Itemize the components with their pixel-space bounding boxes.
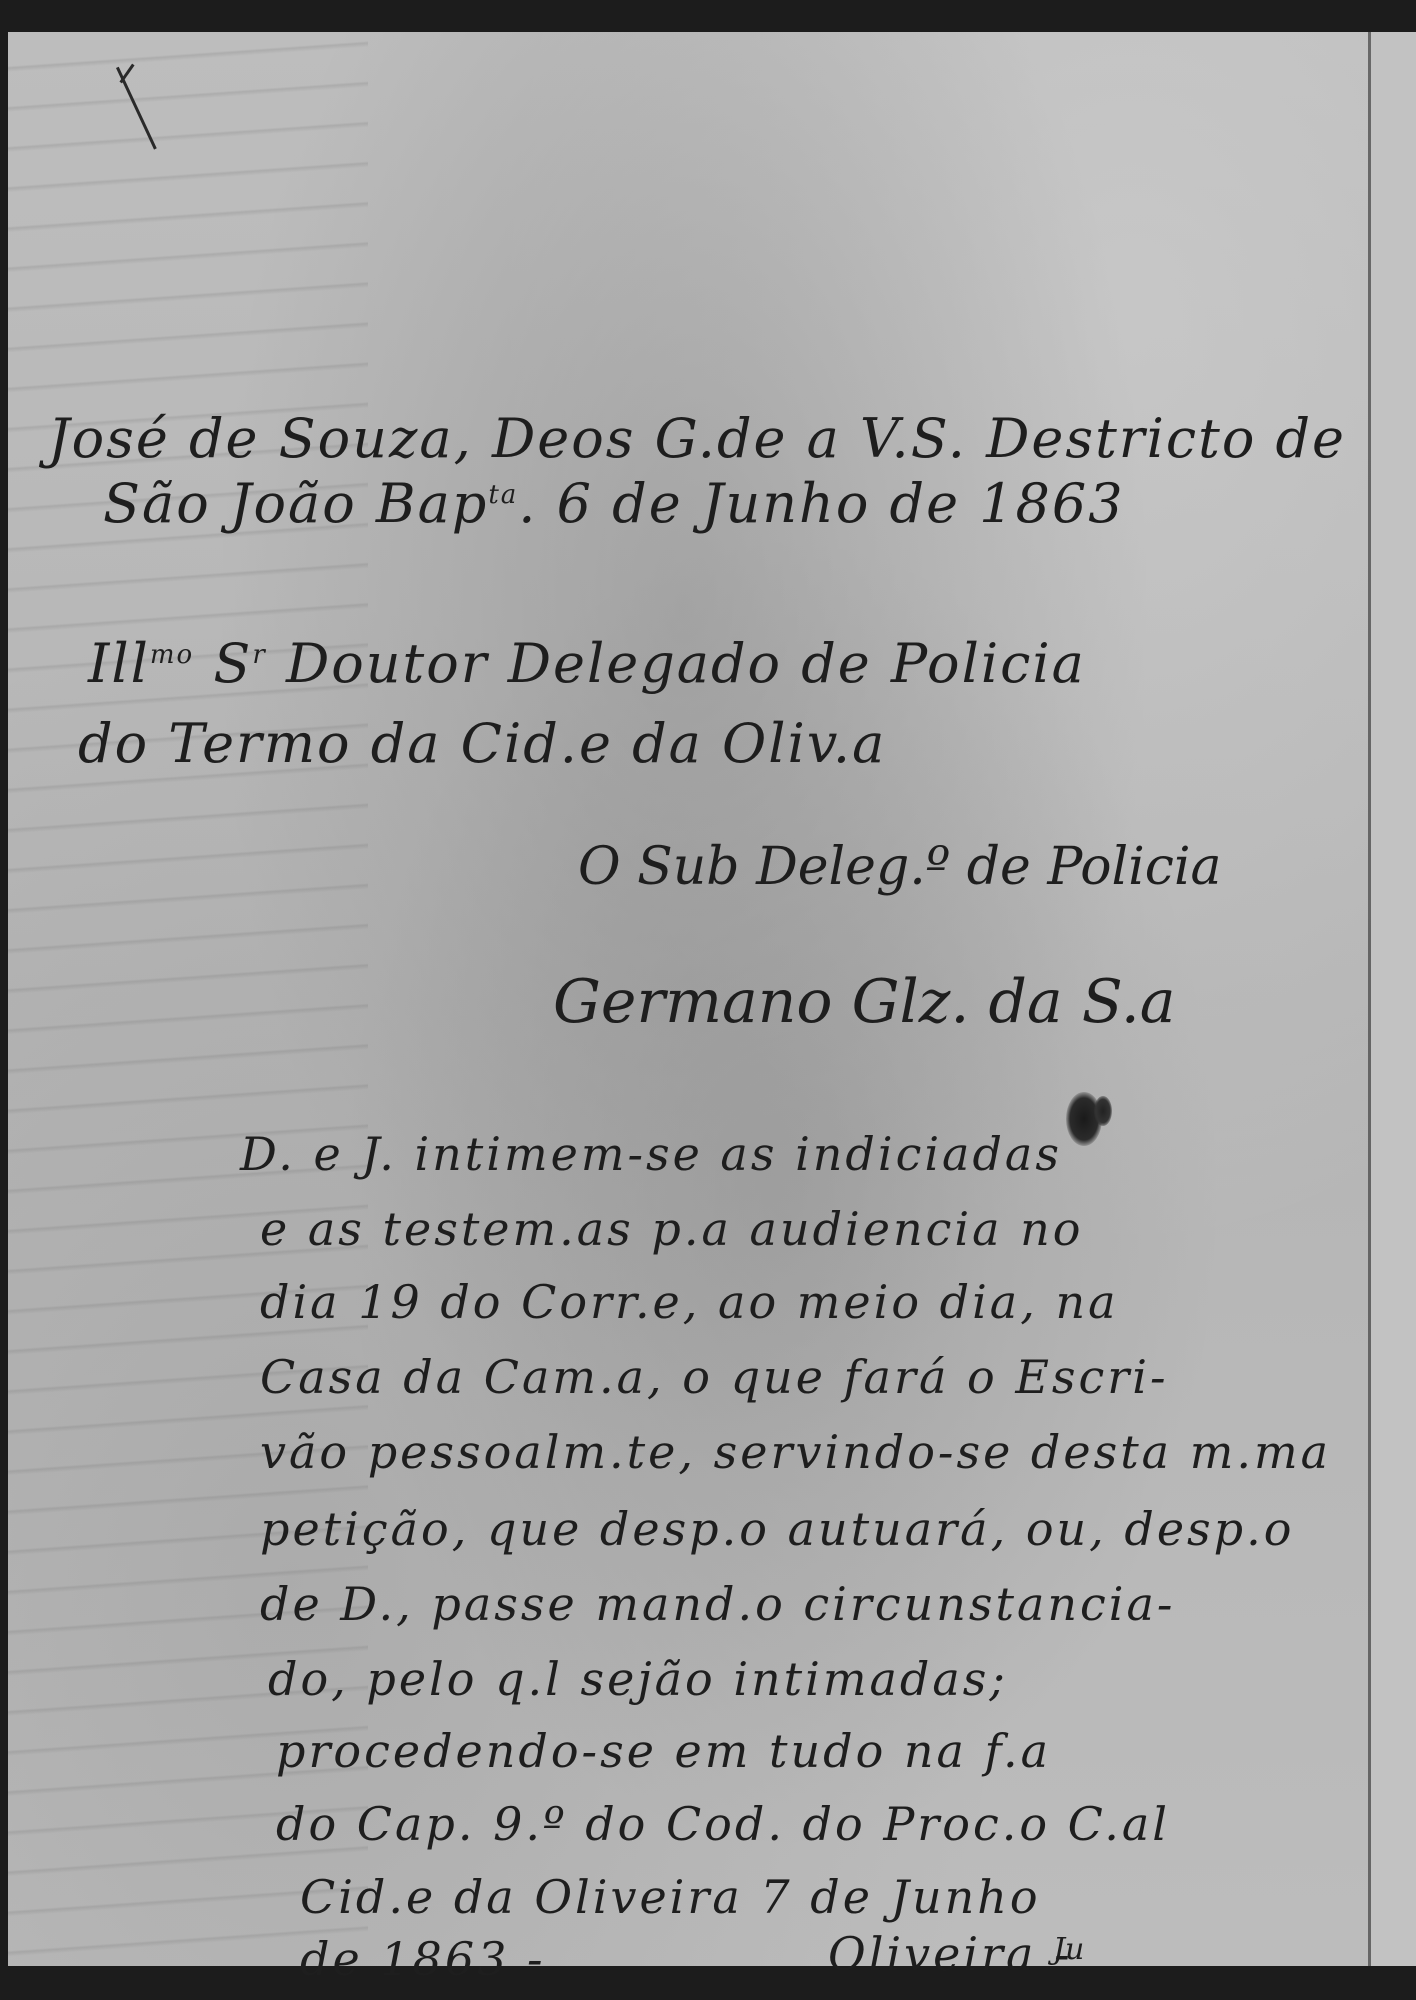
ink-blot-small — [1094, 1096, 1112, 1126]
paper-sheet: José de Souza, Deos G.de a V.S. Destrict… — [8, 32, 1416, 1966]
dispatch-signature-suffix: Ju — [1053, 1932, 1084, 1967]
dispatch-line-4: Casa da Cam.a, o que fará o Escri- — [260, 1350, 1169, 1404]
dispatch-line-2: e as testem.as p.a audiencia no — [260, 1202, 1083, 1256]
dispatch-signature: Oliveira - — [828, 1927, 1073, 1981]
dispatch-line-1: D. e J. intimem-se as indiciadas — [240, 1127, 1062, 1181]
dispatch-line-9: procedendo-se em tudo na f.a — [276, 1724, 1051, 1778]
heading-line-2: São João Bapta. 6 de Junho de 1863 — [103, 472, 1125, 535]
address-honorific-sup: mo — [150, 640, 194, 670]
address-line-1: Illmo Sr Doutor Delegado de Policia — [88, 632, 1086, 695]
signature-name: Germano Glz. da S.a — [553, 967, 1176, 1037]
heading-line-1: José de Souza, Deos G.de a V.S. Destrict… — [48, 407, 1346, 470]
address-title: Doutor Delegado de Policia — [267, 632, 1086, 695]
dispatch-line-11: Cid.e da Oliveira 7 de Junho — [300, 1870, 1041, 1924]
signature-title: O Sub Deleg.º de Policia — [578, 837, 1222, 897]
document-scan: José de Souza, Deos G.de a V.S. Destrict… — [0, 0, 1416, 2000]
dispatch-line-7: de D., passe mand.o circunstancia- — [260, 1577, 1175, 1631]
dispatch-line-3: dia 19 do Corr.e, ao meio dia, na — [260, 1275, 1119, 1329]
adjacent-page-edge — [1371, 32, 1416, 1966]
dispatch-line-6: petição, que desp.o autuará, ou, desp.o — [260, 1502, 1294, 1556]
address-honorific: Ill — [88, 632, 150, 695]
address-senhor-sup: r — [252, 640, 266, 670]
dispatch-line-10: do Cap. 9.º do Cod. do Proc.o C.al — [276, 1797, 1170, 1851]
address-senhor: S — [194, 632, 252, 695]
dispatch-line-12: de 1863 - — [300, 1932, 546, 1986]
heading-line-2-superscript: ta — [488, 480, 518, 510]
heading-line-2-prefix: São João Bap — [103, 472, 488, 535]
address-line-2: do Termo da Cid.e da Oliv.a — [78, 712, 886, 775]
heading-line-2-suffix: . 6 de Junho de 1863 — [518, 472, 1124, 535]
dispatch-line-5: vão pessoalm.te, servindo-se desta m.ma — [260, 1425, 1331, 1479]
dispatch-line-8: do, pelo q.l sejão intimadas; — [268, 1652, 1008, 1706]
